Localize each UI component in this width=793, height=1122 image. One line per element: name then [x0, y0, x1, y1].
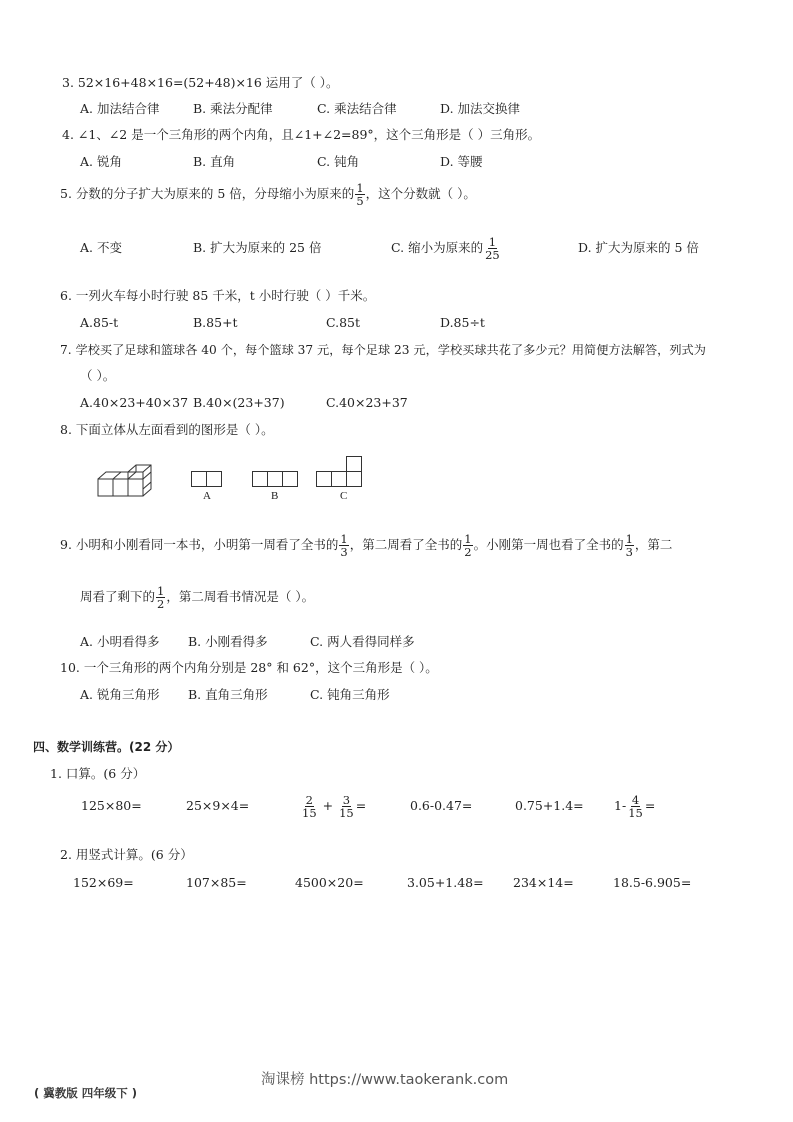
q6-option-c: C.85t: [326, 317, 360, 330]
q7-option-b: B.40×(23+37): [193, 397, 285, 410]
q9-fraction-1: 13: [339, 533, 348, 558]
view-option-a-icon: [191, 471, 224, 488]
q9-fraction-4: 12: [156, 585, 165, 610]
figure-label-c: C: [340, 491, 347, 502]
q6-option-b: B.85+t: [193, 317, 238, 330]
question-8-stem: 8. 下面立体从左面看到的图形是（ ）。: [60, 424, 274, 437]
watermark: 淘课榜 https://www.taokerank.com: [261, 1073, 508, 1088]
q9-option-b: B. 小刚看得多: [188, 636, 268, 649]
q9-fraction-3: 13: [625, 533, 634, 558]
q3-option-d: D. 加法交换律: [440, 103, 520, 116]
question-9-stem-line2: 周看了剩下的12，第二周看书情况是（ ）。: [80, 585, 314, 610]
q6-option-a: A.85-t: [80, 317, 118, 330]
mental-math-item-5: 0.75+1.4=: [515, 800, 584, 813]
mental-math-item-3: 215 + 315=: [300, 794, 366, 819]
q5-text-after: ，这个分数就（ ）。: [366, 186, 476, 201]
section-4-title: 四、数学训练营。(22 分）: [33, 741, 179, 753]
question-7-stem-line1: 7. 学校买了足球和篮球各 40 个，每个篮球 37 元，每个足球 23 元，学…: [60, 344, 706, 356]
q3-option-c: C. 乘法结合律: [317, 103, 397, 116]
view-option-b-icon: [252, 471, 302, 488]
q5-option-b: B. 扩大为原来的 25 倍: [193, 242, 322, 255]
vertical-calc-item-6: 18.5-6.905=: [613, 877, 691, 890]
q4-option-b: B. 直角: [193, 156, 235, 169]
figure-label-a: A: [203, 491, 211, 502]
q3-option-a: A. 加法结合律: [80, 103, 159, 116]
q6-option-d: D.85÷t: [440, 317, 485, 330]
question-5-stem: 5. 分数的分子扩大为原来的 5 倍，分母缩小为原来的15，这个分数就（ ）。: [60, 182, 476, 207]
q4-option-a: A. 锐角: [80, 156, 122, 169]
q5-option-a: A. 不变: [80, 242, 122, 255]
edition-label: ( 冀教版 四年级下 ): [34, 1088, 137, 1100]
q9-option-c: C. 两人看得同样多: [310, 636, 415, 649]
mental-math-item-4: 0.6-0.47=: [410, 800, 472, 813]
view-option-c-icon: [316, 455, 366, 489]
q7-option-a: A.40×23+40×37: [80, 397, 188, 410]
q3-option-b: B. 乘法分配律: [193, 103, 273, 116]
question-6-stem: 6. 一列火车每小时行驶 85 千米，t 小时行驶（ ）千米。: [60, 290, 375, 303]
q9-fraction-2: 12: [463, 533, 472, 558]
q5-option-c-fraction: 125: [484, 236, 501, 261]
question-4-stem: 4. ∠1、∠2 是一个三角形的两个内角，且∠1+∠2=89°，这个三角形是（ …: [62, 129, 540, 142]
mental-math-item-1: 125×80=: [81, 800, 142, 813]
q7-option-c: C.40×23+37: [326, 397, 408, 410]
q5-text-before: 5. 分数的分子扩大为原来的 5 倍，分母缩小为原来的: [60, 186, 354, 201]
vertical-calc-item-5: 234×14=: [513, 877, 574, 890]
vertical-calc-item-3: 4500×20=: [295, 877, 364, 890]
solid-figure-icon: [97, 468, 157, 500]
q5-option-c: C. 缩小为原来的125: [391, 236, 502, 261]
q9-option-a: A. 小明看得多: [80, 636, 159, 649]
mental-math-item-6: 1-415=: [614, 794, 655, 819]
q10-option-b: B. 直角三角形: [188, 689, 268, 702]
mental-math-item-2: 25×9×4=: [186, 800, 249, 813]
q10-option-a: A. 锐角三角形: [80, 689, 159, 702]
part-2-title: 2. 用竖式计算。(6 分）: [60, 849, 193, 862]
question-9-stem-line1: 9. 小明和小刚看同一本书，小明第一周看了全书的13，第二周看了全书的12。小刚…: [60, 533, 672, 558]
q5-fraction: 15: [355, 182, 364, 207]
vertical-calc-item-4: 3.05+1.48=: [407, 877, 484, 890]
figure-label-b: B: [271, 491, 278, 502]
q4-option-c: C. 钝角: [317, 156, 359, 169]
vertical-calc-item-2: 107×85=: [186, 877, 247, 890]
q5-option-d: D. 扩大为原来的 5 倍: [578, 242, 699, 255]
question-3-stem: 3. 52×16+48×16=(52+48)×16 运用了（ ）。: [62, 77, 339, 90]
part-1-title: 1. 口算。(6 分）: [50, 768, 145, 781]
vertical-calc-item-1: 152×69=: [73, 877, 134, 890]
question-7-stem-line2: （ ）。: [80, 370, 115, 383]
q10-option-c: C. 钝角三角形: [310, 689, 390, 702]
q4-option-d: D. 等腰: [440, 156, 483, 169]
question-10-stem: 10. 一个三角形的两个内角分别是 28° 和 62°，这个三角形是（ ）。: [60, 662, 438, 675]
